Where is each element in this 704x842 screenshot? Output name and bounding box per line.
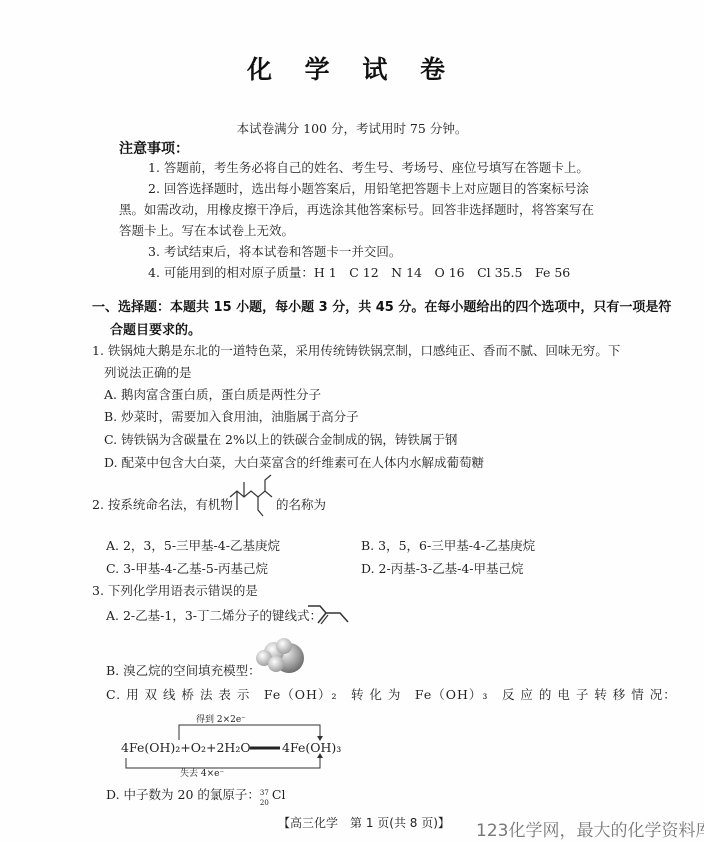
q3-stem: 3. 下列化学用语表示错误的是 <box>92 580 258 601</box>
isotope-notation: 3720 <box>260 787 272 801</box>
q2-stem-end: 的名称为 <box>276 494 326 515</box>
q3-option-d: D. 中子数为 20 的氯原子：3720Cl <box>106 784 285 805</box>
q3-option-c: C. 用 双 线 桥 法 表 示 Fe（OH）₂ 转 化 为 Fe（OH）₃ 反… <box>106 684 677 705</box>
page-footer: 【高三化学 第 1 页(共 8 页)】 <box>278 814 450 831</box>
q2-stem: 2. 按系统命名法，有机物 <box>92 494 233 515</box>
q2-option-b: B. 3，5，6-三甲基-4-乙基庚烷 <box>361 535 535 556</box>
section-heading-cont: 合题目要求的。 <box>110 319 201 338</box>
q2-option-d: D. 2-丙基-3-乙基-4-甲基己烷 <box>361 558 524 579</box>
lose-label: 失去 4×e⁻ <box>180 766 224 779</box>
element-symbol: Cl <box>272 787 286 802</box>
note-2-cont: 黑。如需改动，用橡皮擦干净后，再选涂其他答案标号。回答非选择题时，将答案写在 <box>119 199 594 220</box>
q3-option-d-text: D. 中子数为 20 的氯原子： <box>106 787 260 802</box>
note-2: 2. 回答选择题时，选出每小题答案后，用铅笔把答题卡上对应题目的答案标号涂 <box>148 178 589 199</box>
space-filling-model-icon <box>254 636 306 676</box>
q1-option-d: D. 配菜中包含大白菜，大白菜富含的纤维素可在人体内水解成葡萄糖 <box>104 452 484 473</box>
q1-option-a: A. 鹅肉富含蛋白质，蛋白质是两性分子 <box>104 384 321 405</box>
q1-stem-cont: 列说法正确的是 <box>104 362 192 383</box>
watermark: 123化学网，最大的化学资料库 <box>476 816 704 841</box>
bond-line-structure-icon <box>308 603 358 629</box>
exam-info: 本试卷满分 100 分，考试用时 75 分钟。 <box>0 118 704 139</box>
note-4: 4. 可能用到的相对原子质量：H 1 C 12 N 14 O 16 Cl 35.… <box>148 262 570 283</box>
notes-heading: 注意事项： <box>119 138 189 158</box>
section-heading: 一、选择题：本题共 15 小题，每小题 3 分，共 45 分。在每小题给出的四个… <box>92 296 671 315</box>
note-3: 3. 考试结束后，将本试卷和答题卡一并交回。 <box>148 241 401 262</box>
equation-right: 4Fe(OH)₃ <box>282 737 341 758</box>
q3-option-a: A. 2-乙基-1，3-丁二烯分子的键线式： <box>106 605 322 626</box>
skeletal-formula-icon <box>230 478 280 528</box>
equation-left: 4Fe(OH)₂+O₂+2H₂O <box>121 737 251 758</box>
atomic-number: 20 <box>260 793 269 814</box>
note-2-end: 答题卡上。写在本试卷上无效。 <box>119 220 294 241</box>
q1-option-c: C. 铸铁锅为含碳量在 2%以上的铁碳合金制成的锅，铸铁属于钢 <box>104 429 457 450</box>
q2-option-a: A. 2，3，5-三甲基-4-乙基庚烷 <box>106 535 280 556</box>
gain-label: 得到 2×2e⁻ <box>196 712 246 725</box>
note-1: 1. 答题前，考生务必将自己的姓名、考生号、考场号、座位号填写在答题卡上。 <box>148 157 589 178</box>
q1-option-b: B. 炒菜时，需要加入食用油，油脂属于高分子 <box>104 406 359 427</box>
page-title: 化 学 试 卷 <box>0 50 704 86</box>
q3-option-b: B. 溴乙烷的空间填充模型： <box>106 660 261 681</box>
q2-option-c: C. 3-甲基-4-乙基-5-丙基己烷 <box>106 558 268 579</box>
q1-stem: 1. 铁锅炖大鹅是东北的一道特色菜，采用传统铸铁锅烹制，口感纯正、香而不腻、回味… <box>92 340 620 361</box>
